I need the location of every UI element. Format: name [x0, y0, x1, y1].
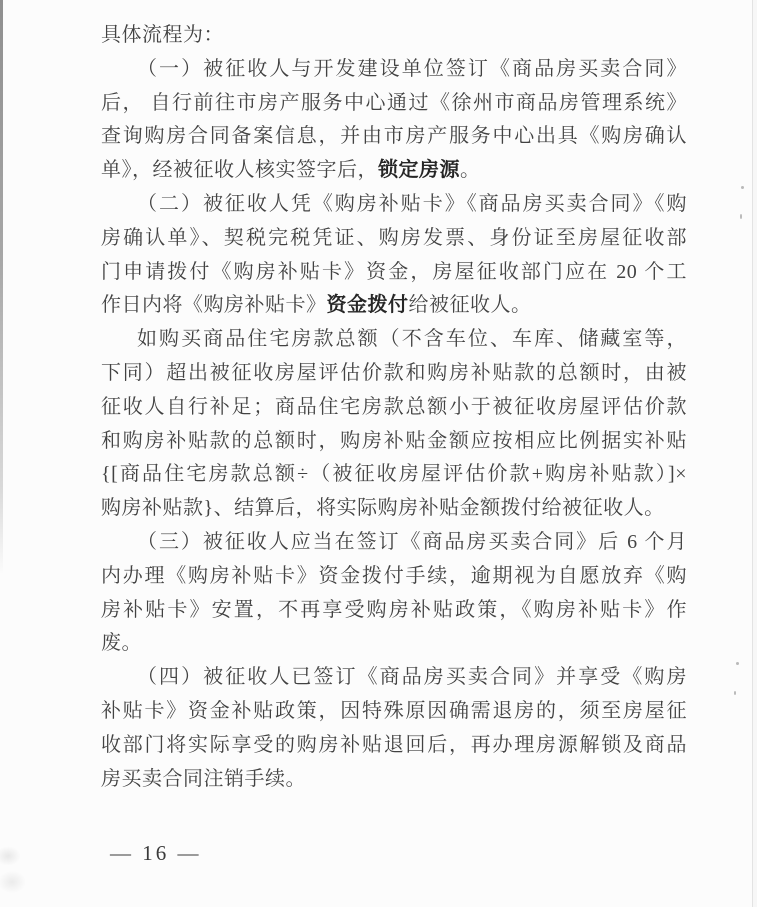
text-line: 废。: [101, 627, 687, 661]
scan-speck: [741, 186, 744, 189]
text-line: 征收人自行补足；商品住宅房款总额小于被征收房屋评估价款: [101, 391, 687, 425]
bold-text-run: 资金拨付: [327, 294, 409, 316]
text-line: 补贴卡》资金补贴政策，因特殊原因确需退房的，须至房屋征: [101, 695, 687, 729]
text-run: 给被征收人。: [409, 294, 532, 316]
paragraph: 如购买商品住宅房款总额（不含车位、车库、储藏室等，下同）超出被征收房屋评估价款和…: [101, 323, 687, 526]
bold-text-run: 锁定房源: [378, 159, 460, 181]
text-run: （二）被征收人凭《购房补贴卡》《商品房买卖合同》《购: [137, 193, 687, 215]
paragraph: （二）被征收人凭《购房补贴卡》《商品房买卖合同》《购房确认单》、契税完税凭证、购…: [101, 188, 687, 323]
text-run: 下同）超出被征收房屋评估价款和购房补贴款的总额时，由被: [101, 362, 687, 384]
text-run: 收部门将实际享受的购房补贴退回后，再办理房源解锁及商品: [101, 734, 687, 756]
text-line: （二）被征收人凭《购房补贴卡》《商品房买卖合同》《购: [101, 188, 687, 222]
scan-speck: [740, 214, 742, 219]
scan-speck: [734, 691, 736, 695]
text-run: （一）被征收人与开发建设单位签订《商品房买卖合同》: [137, 58, 687, 80]
text-run: 房买卖合同注销手续。: [101, 768, 306, 790]
document-page: 具体流程为：（一）被征收人与开发建设单位签订《商品房买卖合同》后， 自行前往市房…: [0, 0, 757, 907]
text-line: （一）被征收人与开发建设单位签订《商品房买卖合同》: [101, 53, 687, 87]
text-run: 后， 自行前往市房产服务中心通过《徐州市商品房管理系统》: [101, 92, 687, 114]
text-line: 具体流程为：: [101, 19, 687, 53]
text-run: 。: [460, 159, 481, 181]
text-line: 房买卖合同注销手续。: [101, 763, 687, 797]
text-line: 门申请拨付《购房补贴卡》资金，房屋征收部门应在 20 个工: [101, 256, 687, 290]
text-run: 单》，经被征收人核实签字后，: [101, 159, 378, 181]
text-run: （四）被征收人已签订《商品房买卖合同》并享受《购房: [137, 666, 687, 688]
text-run: 内办理《购房补贴卡》资金拨付手续，逾期视为自愿放弃《购: [101, 565, 687, 587]
text-line: 收部门将实际享受的购房补贴退回后，再办理房源解锁及商品: [101, 729, 687, 763]
paragraph: （四）被征收人已签订《商品房买卖合同》并享受《购房补贴卡》资金补贴政策，因特殊原…: [101, 661, 687, 796]
text-run: 补贴卡》资金补贴政策，因特殊原因确需退房的，须至房屋征: [101, 700, 687, 722]
paragraph: （一）被征收人与开发建设单位签订《商品房买卖合同》后， 自行前往市房产服务中心通…: [101, 53, 687, 188]
scan-edge-right-band: [752, 0, 757, 907]
text-line: 内办理《购房补贴卡》资金拨付手续，逾期视为自愿放弃《购: [101, 560, 687, 594]
text-run: 废。: [101, 632, 142, 654]
text-line: 后， 自行前往市房产服务中心通过《徐州市商品房管理系统》: [101, 87, 687, 121]
scan-smudge-bottom-left: [0, 838, 42, 900]
paragraph: 具体流程为：: [101, 19, 687, 53]
text-line: 如购买商品住宅房款总额（不含车位、车库、储藏室等，: [101, 323, 687, 357]
text-run: 和购房补贴款的总额时，购房补贴金额应按相应比例据实补贴: [101, 430, 687, 452]
text-line: （三）被征收人应当在签订《商品房买卖合同》后 6 个月: [101, 526, 687, 560]
text-run: （三）被征收人应当在签订《商品房买卖合同》后 6 个月: [137, 531, 687, 553]
text-run: 房确认单》、契税完税凭证、购房发票、身份证至房屋征收部: [101, 227, 687, 249]
paragraph: （三）被征收人应当在签订《商品房买卖合同》后 6 个月内办理《购房补贴卡》资金拨…: [101, 526, 687, 661]
text-run: 征收人自行补足；商品住宅房款总额小于被征收房屋评估价款: [101, 396, 687, 418]
text-run: 门申请拨付《购房补贴卡》资金，房屋征收部门应在 20 个工: [101, 261, 687, 283]
text-run: 房补贴卡》安置，不再享受购房补贴政策，《购房补贴卡》作: [101, 599, 687, 621]
text-line: 房补贴卡》安置，不再享受购房补贴政策，《购房补贴卡》作: [101, 594, 687, 628]
text-line: 下同）超出被征收房屋评估价款和购房补贴款的总额时，由被: [101, 357, 687, 391]
scan-edge-left-strip: [0, 0, 3, 575]
text-line: 单》，经被征收人核实签字后，锁定房源。: [101, 154, 687, 188]
text-line: （四）被征收人已签订《商品房买卖合同》并享受《购房: [101, 661, 687, 695]
text-line: 查询购房合同备案信息，并由市房产服务中心出具《购房确认: [101, 120, 687, 154]
text-run: 购房补贴款}、结算后，将实际购房补贴金额拨付给被征收人。: [101, 497, 665, 519]
scan-speck: [736, 662, 739, 665]
text-run: 查询购房合同备案信息，并由市房产服务中心出具《购房确认: [101, 125, 687, 147]
text-run: 具体流程为：: [101, 24, 224, 46]
text-line: {[商品住宅房款总额÷（被征收房屋评估价款+购房补贴款）]×: [101, 458, 687, 492]
document-body: 具体流程为：（一）被征收人与开发建设单位签订《商品房买卖合同》后， 自行前往市房…: [101, 19, 687, 796]
text-run: 作日内将《购房补贴卡》: [101, 294, 327, 316]
text-line: 购房补贴款}、结算后，将实际购房补贴金额拨付给被征收人。: [101, 492, 687, 526]
text-line: 和购房补贴款的总额时，购房补贴金额应按相应比例据实补贴: [101, 425, 687, 459]
page-number: — 16 —: [110, 841, 202, 866]
text-run: 如购买商品住宅房款总额（不含车位、车库、储藏室等，: [137, 328, 687, 350]
text-run: {[商品住宅房款总额÷（被征收房屋评估价款+购房补贴款）]×: [101, 463, 687, 485]
text-line: 房确认单》、契税完税凭证、购房发票、身份证至房屋征收部: [101, 222, 687, 256]
text-line: 作日内将《购房补贴卡》资金拨付给被征收人。: [101, 289, 687, 323]
